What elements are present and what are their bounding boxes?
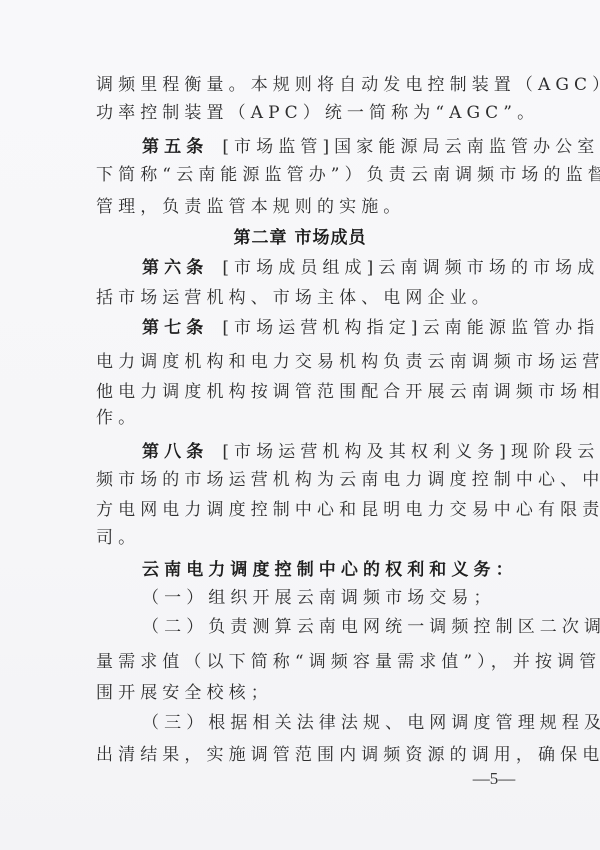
article-label: 第八条 [142,442,208,462]
document-page: 调频里程衡量。本规则将自动发电控制装置（AGC）或自动 功率控制装置（APC）统… [0,0,600,850]
article-5: 第五条[市场监管]国家能源局云南监管办公室（以 [96,136,512,158]
list-item: （一）组织开展云南调频市场交易； [142,587,512,609]
list-item: （二）负责测算云南电网统一调频控制区二次调频容 [142,616,512,638]
body-line: 方电网电力调度控制中心和昆明电力交易中心有限责任公 [96,499,512,521]
body-line: 司。 [96,527,512,549]
body-line: 调频里程衡量。本规则将自动发电控制装置（AGC）或自动 [96,74,512,96]
page-number: —5— [472,769,516,789]
body-line: 围开展安全校核； [96,682,512,704]
article-text: [市场成员组成]云南调频市场的市场成员包 [222,258,600,278]
body-line: 出清结果，实施调管范围内调频资源的调用，确保电网运 [96,744,512,766]
article-text: [市场监管]国家能源局云南监管办公室（以 [222,137,600,157]
article-label: 第六条 [142,258,208,278]
body-line: 频市场的市场运营机构为云南电力调度控制中心、中国南 [96,469,512,491]
body-line: 下简称“云南能源监管办”）负责云南调频市场的监督与 [96,164,512,186]
article-label: 第七条 [142,318,208,338]
body-line: 作。 [96,407,512,429]
article-6: 第六条[市场成员组成]云南调频市场的市场成员包 [96,257,512,279]
body-line: 功率控制装置（APC）统一简称为“AGC”。 [96,102,512,124]
article-8: 第八条[市场运营机构及其权利义务]现阶段云南调 [96,441,512,463]
section-subheading: 云南电力调度控制中心的权利和义务： [142,559,512,581]
article-label: 第五条 [142,137,208,157]
body-line: 他电力调度机构按调管范围配合开展云南调频市场相关工 [96,381,512,403]
body-line: 量需求值（以下简称“调频容量需求值”），并按调管范 [96,651,512,673]
list-item: （三）根据相关法律法规、电网调度管理规程及交易 [142,712,512,734]
chapter-heading: 第二章 市场成员 [0,227,600,249]
body-line: 管理，负责监管本规则的实施。 [96,196,512,218]
article-text: [市场运营机构指定]云南能源监管办指定的 [222,318,600,338]
article-text: [市场运营机构及其权利义务]现阶段云南调 [222,442,600,462]
article-7: 第七条[市场运营机构指定]云南能源监管办指定的 [96,317,512,339]
body-line: 括市场运营机构、市场主体、电网企业。 [96,287,512,309]
body-line: 电力调度机构和电力交易机构负责云南调频市场运营，其 [96,351,512,373]
